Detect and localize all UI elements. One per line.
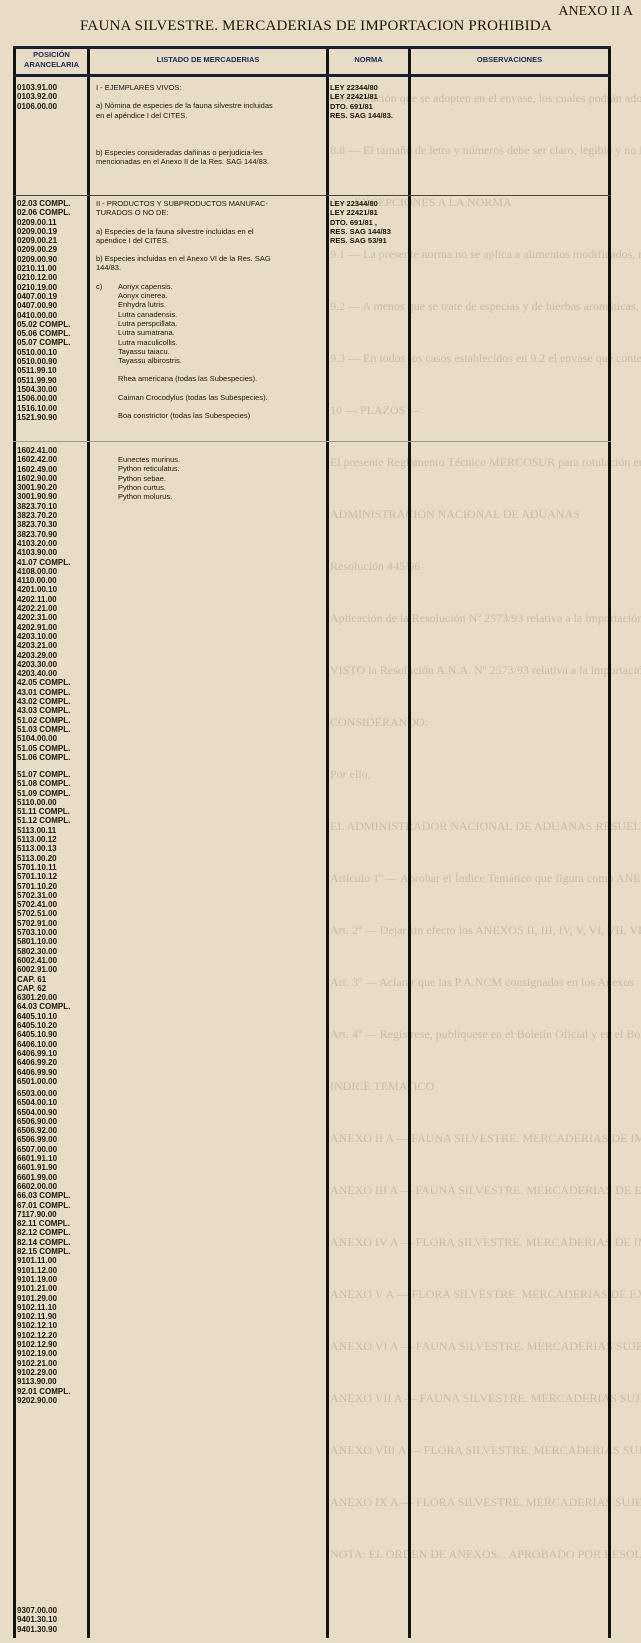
- tariff-position: CAP. 62: [17, 984, 87, 993]
- section2-positions: 02.03 COMPL.02.06 COMPL.0209.00.110209.0…: [17, 199, 87, 422]
- section2-heading: II - PRODUCTOS Y SUBPRODUCTOS MANUFAC-TU…: [96, 199, 296, 218]
- tariff-position: 64.03 COMPL.: [17, 1002, 87, 1011]
- tariff-position: 9202.90.00: [17, 1396, 87, 1405]
- tariff-position: 51.12 COMPL.: [17, 816, 87, 825]
- tariff-position: 9102.29.00: [17, 1368, 87, 1377]
- tariff-position: 4203.40.00: [17, 669, 87, 678]
- tariff-position: 9401.30.10: [17, 1615, 87, 1624]
- tariff-position: 1602.41.00: [17, 446, 87, 455]
- tariff-position: 0407.00.90: [17, 301, 87, 310]
- tariff-position: 3001.90.90: [17, 492, 87, 501]
- tariff-position: 6002.41.00: [17, 956, 87, 965]
- species-boa: Boa constrictor (todas las Subespecies): [96, 411, 326, 420]
- tariff-position: 6406.99.90: [17, 1068, 87, 1077]
- tariff-position: 5113.00.20: [17, 854, 87, 863]
- column-header-norma: NORMA: [329, 46, 408, 74]
- table-border-left: [13, 46, 16, 1638]
- tariff-position: 4202.31.00: [17, 613, 87, 622]
- norma-reference: LEY 22421/81: [330, 92, 410, 101]
- tariff-position: 4203.10.00: [17, 632, 87, 641]
- section2-item-b: b) Especies incluidas en el Anexo VI de …: [96, 254, 286, 273]
- tariff-position: 9101.21.00: [17, 1284, 87, 1293]
- tariff-position: 5702.31.00: [17, 891, 87, 900]
- tariff-position: 4203.29.00: [17, 651, 87, 660]
- tariff-position: 4202.11.00: [17, 595, 87, 604]
- section2-norma: LEY 22344/80LEY 22421/81DTO. 691/81 ,RES…: [330, 199, 410, 245]
- section1-listing: I - EJEMPLARES VIVOS: a) Nómina de espec…: [96, 83, 326, 166]
- tariff-position: 6507.00.00: [17, 1145, 87, 1154]
- tariff-position: 0106.00.00: [17, 102, 87, 111]
- norma-reference: RES. SAG 144/83: [330, 227, 410, 236]
- tariff-position: 66.03 COMPL.: [17, 1191, 87, 1200]
- tariff-position: 82.11 COMPL.: [17, 1219, 87, 1228]
- tariff-position: 9101.19.00: [17, 1275, 87, 1284]
- species-name: Aonyx cinerea.: [118, 291, 326, 300]
- tariff-position: 5104.00.00: [17, 734, 87, 743]
- tariff-position: 0511.99.10: [17, 366, 87, 375]
- species-name: Eunectes murinus.: [118, 455, 348, 464]
- tariff-position: 6002.91.00: [17, 965, 87, 974]
- section1-positions: 0103.91.000103.92.000106.00.00: [17, 83, 87, 111]
- tariff-position: 0407.00.19: [17, 292, 87, 301]
- tariff-position: 51.02 COMPL.: [17, 716, 87, 725]
- species-name: Python reticulatus.: [118, 464, 348, 473]
- tariff-position: 0103.92.00: [17, 92, 87, 101]
- tariff-position: 9102.12.20: [17, 1331, 87, 1340]
- tariff-position: 6301.20.00: [17, 993, 87, 1002]
- species-name: Enhydra lutris.: [118, 300, 326, 309]
- tariff-position: 4108.00.00: [17, 567, 87, 576]
- tariff-position: CAP. 61: [17, 975, 87, 984]
- tariff-position: 9102.19.00: [17, 1349, 87, 1358]
- tariff-position: 4103.90.00: [17, 548, 87, 557]
- species-name: Lutra canadensis.: [118, 310, 326, 319]
- tariff-position: 6503.00.00: [17, 1089, 87, 1098]
- tariff-position: 1602.49.00: [17, 465, 87, 474]
- tariff-position: 9102.11.90: [17, 1312, 87, 1321]
- species-name: Aonyx capensis.: [118, 282, 326, 291]
- tariff-position: 1602.90.00: [17, 474, 87, 483]
- tariff-position: 1504.30.00: [17, 385, 87, 394]
- tariff-position: 7117.90.00: [17, 1210, 87, 1219]
- tariff-position: 5701.10.12: [17, 872, 87, 881]
- column-divider-2: [326, 46, 329, 1638]
- tariff-position: 6506.90.00: [17, 1117, 87, 1126]
- page-title: FAUNA SILVESTRE. MERCADERIAS DE IMPORTAC…: [80, 18, 552, 35]
- tariff-position: 4110.00.00: [17, 576, 87, 585]
- norma-reference: LEY 22344/80: [330, 83, 410, 92]
- tariff-position: 05.02 COMPL.: [17, 320, 87, 329]
- section3-positions: 1602.41.001602.42.001602.49.001602.90.00…: [17, 446, 87, 762]
- norma-reference: DTO. 691/81: [330, 102, 410, 111]
- tariff-position: 5701.10.11: [17, 863, 87, 872]
- tariff-position: 6504.00.10: [17, 1098, 87, 1107]
- tariff-position: 05.06 COMPL.: [17, 329, 87, 338]
- tariff-position: 0510.00.10: [17, 348, 87, 357]
- section4-positions: 51.07 COMPL.51.08 COMPL.51.09 COMPL.5110…: [17, 770, 87, 1086]
- tariff-position: 6601.99.00: [17, 1173, 87, 1182]
- tariff-position: 5702.41.00: [17, 900, 87, 909]
- tariff-position: 6506.99.00: [17, 1135, 87, 1144]
- species-name: Python molurus.: [118, 492, 348, 501]
- tariff-position: 5110.00.00: [17, 798, 87, 807]
- tariff-position: 0209.00.11: [17, 218, 87, 227]
- tariff-position: 6405.10.20: [17, 1021, 87, 1030]
- tariff-position: 6405.10.90: [17, 1030, 87, 1039]
- tariff-position: 4202.91.00: [17, 623, 87, 632]
- section6-positions: 9307.00.009401.30.109401.30.90: [17, 1606, 87, 1634]
- tariff-position: 51.09 COMPL.: [17, 789, 87, 798]
- section2-listing: II - PRODUCTOS Y SUBPRODUCTOS MANUFAC-TU…: [96, 199, 326, 420]
- tariff-position: 41.07 COMPL.: [17, 558, 87, 567]
- species-name: Python sebae.: [118, 474, 348, 483]
- tariff-position: 5113.00.13: [17, 844, 87, 853]
- tariff-position: 9101.11.00: [17, 1256, 87, 1265]
- tariff-position: 1602.42.00: [17, 455, 87, 464]
- tariff-position: 51.07 COMPL.: [17, 770, 87, 779]
- merchandise-table: POSICIÓN ARANCELARIA LISTADO DE MERCADER…: [13, 46, 611, 1638]
- tariff-position: 0209.00.90: [17, 255, 87, 264]
- tariff-position: 1516.10.00: [17, 404, 87, 413]
- tariff-position: 0210.19.00: [17, 283, 87, 292]
- table-border-right: [608, 46, 611, 1638]
- tariff-position: 0210.11.00: [17, 264, 87, 273]
- section1-item-b: b) Especies consideradas dañinas o perju…: [96, 148, 286, 167]
- species-rhea: Rhea americana (todas las Subespecies).: [96, 374, 326, 383]
- tariff-position: 9102.12.10: [17, 1321, 87, 1330]
- section2-item-c-label: c): [96, 282, 102, 291]
- tariff-position: 1521.90.90: [17, 413, 87, 422]
- species-name: Lutra perspcillata.: [118, 319, 326, 328]
- section5-positions: 6503.00.006504.00.106504.00.906506.90.00…: [17, 1089, 87, 1405]
- section2-item-a: a) Especies de la fauna silvestre inclui…: [96, 227, 286, 246]
- species-name: Python curtus.: [118, 483, 348, 492]
- tariff-position: 05.07 COMPL.: [17, 338, 87, 347]
- column-divider-1: [87, 46, 90, 1638]
- tariff-position: 6501.00.00: [17, 1077, 87, 1086]
- tariff-position: 6504.00.90: [17, 1108, 87, 1117]
- tariff-position: 51.06 COMPL.: [17, 753, 87, 762]
- tariff-position: 43.03 COMPL.: [17, 706, 87, 715]
- tariff-position: 5801.10.00: [17, 937, 87, 946]
- column-divider-3: [408, 46, 411, 1638]
- species-name: Tayassu albirostris.: [118, 356, 326, 365]
- tariff-position: 4203.21.00: [17, 641, 87, 650]
- tariff-position: 6406.10.00: [17, 1040, 87, 1049]
- tariff-position: 1506.00.00: [17, 394, 87, 403]
- tariff-position: 9102.21.00: [17, 1359, 87, 1368]
- column-header-posicion: POSICIÓN ARANCELARIA: [16, 46, 87, 74]
- tariff-position: 5113.00.12: [17, 835, 87, 844]
- tariff-position: 0410.00.00: [17, 311, 87, 320]
- tariff-position: 92.01 COMPL.: [17, 1387, 87, 1396]
- norma-reference: RES. SAG 53/91: [330, 236, 410, 245]
- species-name: Lutra sumatrana.: [118, 328, 326, 337]
- tariff-position: 9101.29.00: [17, 1294, 87, 1303]
- tariff-position: 6406.99.10: [17, 1049, 87, 1058]
- tariff-position: 43.01 COMPL.: [17, 688, 87, 697]
- tariff-position: 82.14 COMPL.: [17, 1238, 87, 1247]
- column-header-observaciones: OBSERVACIONES: [411, 46, 608, 74]
- tariff-position: 4201.00.10: [17, 585, 87, 594]
- tariff-position: 82.12 COMPL.: [17, 1228, 87, 1237]
- tariff-position: 9401.30.90: [17, 1625, 87, 1634]
- column-header-listado: LISTADO DE MERCADERIAS: [90, 46, 326, 74]
- tariff-position: 9113.90.00: [17, 1377, 87, 1386]
- tariff-position: 5702.51.00: [17, 909, 87, 918]
- species-caiman: Caiman Crocodylus (todas las Subespecies…: [96, 393, 326, 402]
- section1-heading: I - EJEMPLARES VIVOS:: [96, 83, 326, 92]
- tariff-position: 4202.21.00: [17, 604, 87, 613]
- tariff-position: 9101.12.00: [17, 1266, 87, 1275]
- norma-reference: DTO. 691/81 ,: [330, 218, 410, 227]
- section1-item-a: a) Nómina de especies de la fauna silves…: [96, 101, 276, 120]
- tariff-position: 6601.91.10: [17, 1154, 87, 1163]
- tariff-position: 5703.10.00: [17, 928, 87, 937]
- tariff-position: 6601.91.90: [17, 1163, 87, 1172]
- section2-species-list: Aonyx capensis.Aonyx cinerea.Enhydra lut…: [96, 282, 326, 366]
- tariff-position: 0511.99.90: [17, 376, 87, 385]
- tariff-position: 51.03 COMPL.: [17, 725, 87, 734]
- tariff-position: 9307.00.00: [17, 1606, 87, 1615]
- tariff-position: 6506.92.00: [17, 1126, 87, 1135]
- species-name: Lutra maculicollis.: [118, 338, 326, 347]
- tariff-position: 0209.00.21: [17, 236, 87, 245]
- tariff-position: 0103.91.00: [17, 83, 87, 92]
- section-divider: [13, 441, 611, 442]
- tariff-position: 4103.20.00: [17, 539, 87, 548]
- tariff-position: 43.02 COMPL.: [17, 697, 87, 706]
- tariff-position: 3823.70.10: [17, 502, 87, 511]
- tariff-position: 0510.00.90: [17, 357, 87, 366]
- tariff-position: 9102.11.10: [17, 1303, 87, 1312]
- tariff-position: 67.01 COMPL.: [17, 1201, 87, 1210]
- header-bottom-border: [13, 74, 611, 77]
- tariff-position: 0210.12.00: [17, 273, 87, 282]
- tariff-position: 3001.90.20: [17, 483, 87, 492]
- section1-norma: LEY 22344/80LEY 22421/81DTO. 691/81RES. …: [330, 83, 410, 120]
- tariff-position: 0209.00.29: [17, 245, 87, 254]
- species-name: Tayassu taiacu.: [118, 347, 326, 356]
- tariff-position: 6602.00.00: [17, 1182, 87, 1191]
- tariff-position: 51.08 COMPL.: [17, 779, 87, 788]
- tariff-position: 9102.12.90: [17, 1340, 87, 1349]
- tariff-position: 5113.00.11: [17, 826, 87, 835]
- tariff-position: 3823.70.30: [17, 520, 87, 529]
- tariff-position: 51.05 COMPL.: [17, 744, 87, 753]
- section3-species-list: Eunectes murinus.Python reticulatus.Pyth…: [96, 455, 348, 501]
- tariff-position: 42.05 COMPL.: [17, 678, 87, 687]
- tariff-position: 3823.70.90: [17, 530, 87, 539]
- tariff-position: 51.11 COMPL.: [17, 807, 87, 816]
- tariff-position: 02.06 COMPL.: [17, 208, 87, 217]
- tariff-position: 5701.10.20: [17, 882, 87, 891]
- tariff-position: 5702.91.00: [17, 919, 87, 928]
- annex-label: ANEXO II A: [558, 4, 633, 20]
- tariff-position: 0209.00.19: [17, 227, 87, 236]
- section-divider: [13, 195, 611, 196]
- tariff-position: 6406.99.20: [17, 1058, 87, 1067]
- norma-reference: RES. SAG 144/83.: [330, 111, 410, 120]
- norma-reference: LEY 22344/80: [330, 199, 410, 208]
- tariff-position: 3823.70.20: [17, 511, 87, 520]
- tariff-position: 82.15 COMPL.: [17, 1247, 87, 1256]
- tariff-position: 4203.30.00: [17, 660, 87, 669]
- tariff-position: 6405.10.10: [17, 1012, 87, 1021]
- tariff-position: 02.03 COMPL.: [17, 199, 87, 208]
- tariff-position: 5802.30.00: [17, 947, 87, 956]
- norma-reference: LEY 22421/81: [330, 208, 410, 217]
